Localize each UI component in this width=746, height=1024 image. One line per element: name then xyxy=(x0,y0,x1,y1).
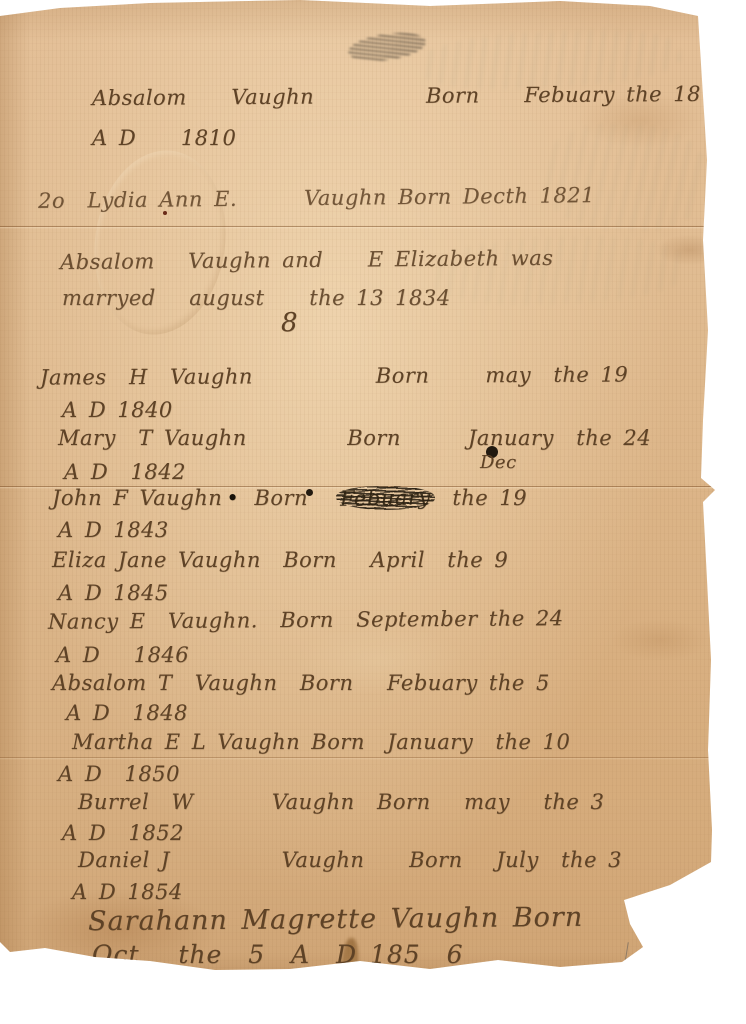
record-line-year: A D 1848 xyxy=(66,701,188,725)
record-line-mary-birth: Mary T Vaughn Born January the 24 xyxy=(58,426,651,450)
record-line-year: A D 1840 xyxy=(62,398,173,422)
record-line-john-birth: John F Vaughn• Born Febuary the 19 xyxy=(52,486,527,510)
struck-out-word: Febuary xyxy=(336,485,435,511)
ink-bleedthrough xyxy=(543,122,707,233)
record-line-year: A D 1852 xyxy=(62,821,184,845)
record-line-james-birth: James H Vaughn Born may the 19 xyxy=(40,362,628,389)
record-line-eliza-birth: Eliza Jane Vaughn Born April the 9 xyxy=(52,548,508,572)
scanned-document-paper: Absalom Vaughn Born Febuary the 18 A D 1… xyxy=(0,0,746,1024)
ink-dot-glyph: • xyxy=(226,486,239,510)
record-line-sarahann-date: Oct the 5 A D 185 6 xyxy=(92,940,463,969)
fold-crease xyxy=(0,757,746,760)
record-line-year: A D 1854 xyxy=(72,880,183,904)
record-line-year: A D 1810 xyxy=(92,126,236,150)
record-line-absalom-birth: Absalom Vaughn Born Febuary the 18 xyxy=(92,82,701,110)
record-line-year: A D 1843 xyxy=(58,518,169,542)
record-line-year: A D 1846 xyxy=(56,643,189,667)
correction-dec: Dec xyxy=(480,452,517,473)
record-line-marriage-1: Absalom Vaughn and E Elizabeth was xyxy=(60,246,554,274)
record-line-year: A D 1845 xyxy=(58,581,169,605)
record-line-marriage-2: marryed august the 13 1834 xyxy=(62,286,451,310)
record-line-burrel-birth: Burrel W Vaughn Born may the 3 xyxy=(78,790,604,814)
record-line-daniel-birth: Daniel J Vaughn Born July the 3 xyxy=(78,848,622,872)
record-line-sarahann-birth: Sarahann Magrette Vaughn Born xyxy=(88,902,583,937)
record-line-year: A D 1842 xyxy=(64,460,186,484)
record-line-year: A D 1850 xyxy=(58,762,180,786)
john-born-label: Born xyxy=(254,486,330,510)
record-line-nancy-birth: Nancy E Vaughn. Born September the 24 xyxy=(48,606,564,634)
john-date-tail: the 19 xyxy=(441,486,527,510)
john-name: John F Vaughn xyxy=(52,486,222,510)
record-line-martha-birth: Martha E L Vaughn Born January the 10 xyxy=(72,730,570,754)
fold-crease xyxy=(0,226,746,229)
stray-figure-8: 8 xyxy=(281,308,298,338)
record-line-absalom-t-birth: Absalom T Vaughn Born Febuary the 5 xyxy=(52,671,550,695)
